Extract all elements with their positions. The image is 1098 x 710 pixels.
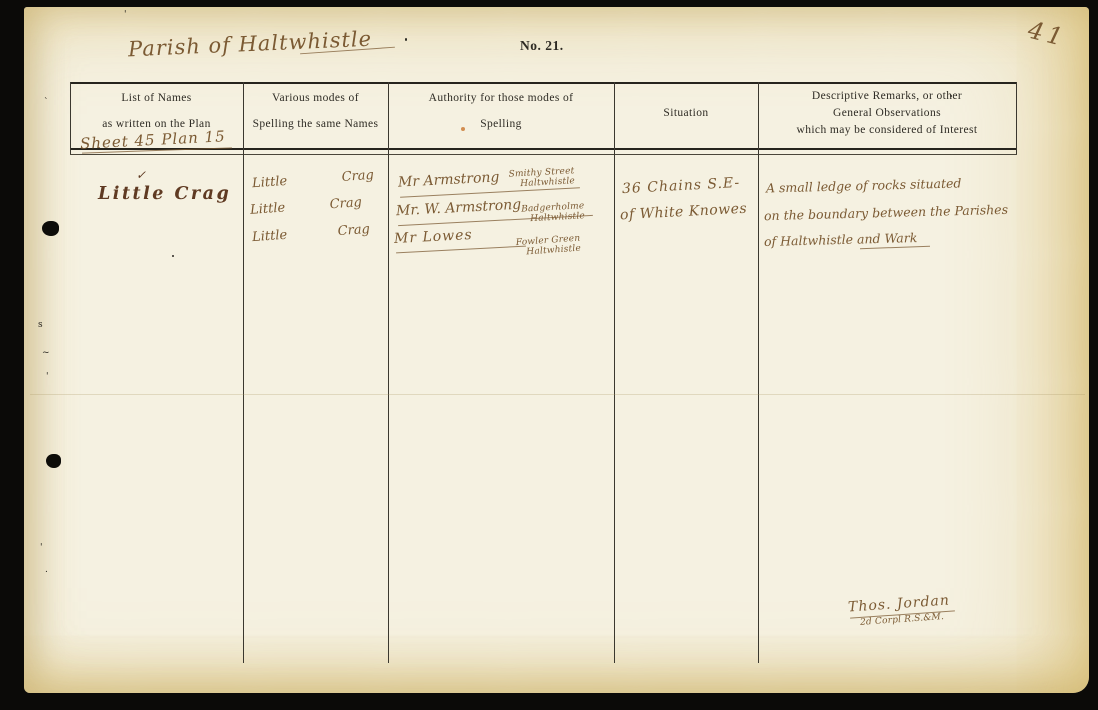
edge-mark: s xyxy=(38,320,43,330)
header-various-modes-line2: Spelling the same Names xyxy=(243,118,388,130)
table-right-rule xyxy=(1016,82,1017,154)
spelling-word: Crag xyxy=(329,195,362,212)
header-remarks-line3: which may be considered of Interest xyxy=(758,124,1016,136)
edge-mark: . xyxy=(45,565,48,575)
spelling-word: Crag xyxy=(337,222,370,239)
header-situation: Situation xyxy=(614,107,758,119)
edge-mark: ' xyxy=(46,372,48,382)
checkmark-handwritten: ✓ xyxy=(136,168,146,182)
table-top-rule xyxy=(70,82,1017,84)
header-various-modes-line1: Various modes of xyxy=(243,92,388,104)
spelling-word: Little xyxy=(252,228,288,245)
edge-mark: ~ xyxy=(42,348,50,358)
col-rule-1 xyxy=(243,82,244,663)
paper-speck xyxy=(405,38,407,41)
header-list-of-names-line1: List of Names xyxy=(70,92,243,104)
col-rule-3 xyxy=(614,82,615,663)
page-number-label: No. 21. xyxy=(520,38,564,54)
col-rule-2 xyxy=(388,82,389,663)
edge-mark: ` xyxy=(44,98,49,108)
header-authority-line2: Spelling xyxy=(388,118,614,130)
scanned-document-page: Parish of Haltwhistle No. 21. 41 List of… xyxy=(0,0,1098,710)
header-bottom-rule-2 xyxy=(70,154,1017,155)
header-authority-line1: Authority for those modes of xyxy=(388,92,614,104)
plan-name-entry: Little Crag xyxy=(98,184,231,204)
spelling-word: Crag xyxy=(341,168,374,185)
paper-speck xyxy=(950,95,952,97)
header-remarks-line2: General Observations xyxy=(758,107,1016,119)
header-remarks-line1: Descriptive Remarks, or other xyxy=(758,90,1016,102)
horizontal-crease xyxy=(30,394,1085,395)
spelling-word: Little xyxy=(252,174,288,191)
spelling-word: Little xyxy=(250,200,286,217)
edge-mark: ' xyxy=(124,10,126,20)
ink-speck-orange xyxy=(461,127,465,131)
ink-blot xyxy=(42,221,59,236)
authority-address: Smithy Street Haltwhistle xyxy=(508,166,576,189)
paper-speck xyxy=(172,255,174,257)
col-rule-4 xyxy=(758,82,759,663)
ink-blot xyxy=(46,454,61,468)
authority-address: Badgerholme Haltwhistle xyxy=(518,201,586,224)
edge-mark: ' xyxy=(40,543,42,553)
